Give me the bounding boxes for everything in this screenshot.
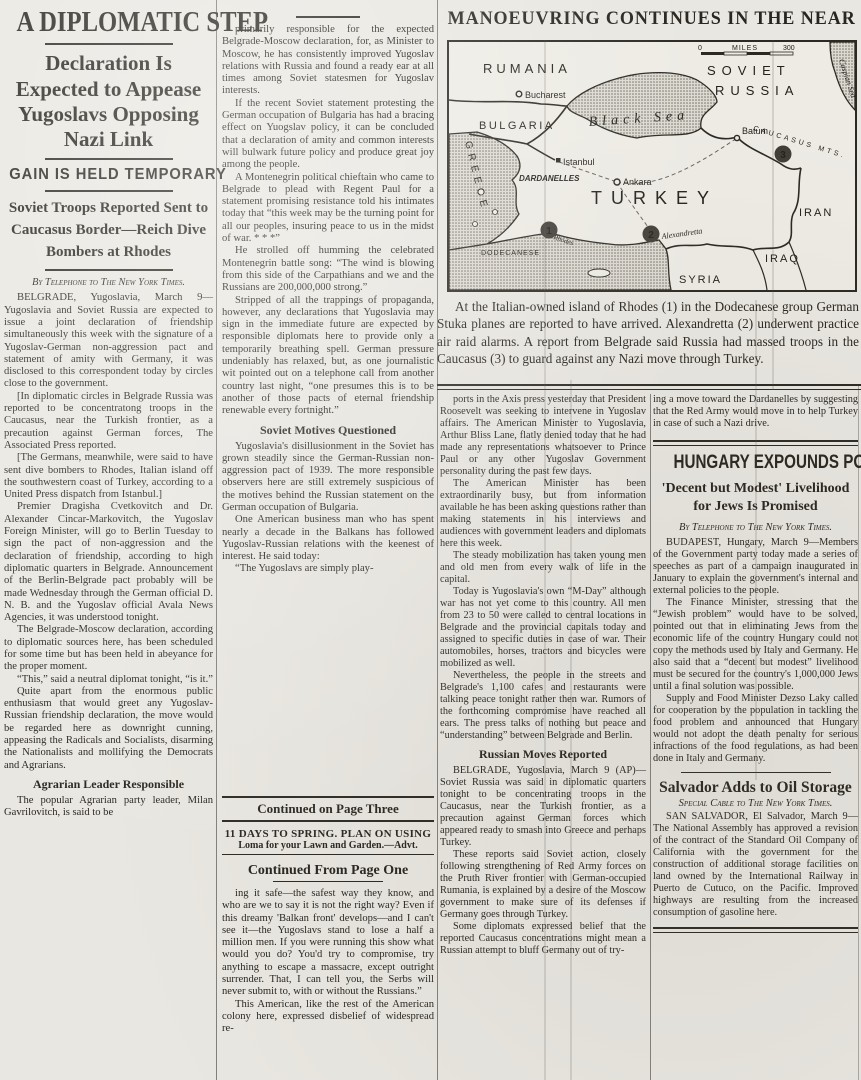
body-paragraph: ing it safe—the safest way they know, an… [222, 888, 434, 999]
lead-article-column-1: A DIPLOMATIC STEP Declaration Is Expecte… [4, 6, 213, 820]
body-paragraph: This American, like the rest of the Amer… [222, 999, 434, 1036]
map-label-istanbul: Istanbul [563, 157, 595, 167]
body-paragraph: ports in the Axis press yesterday that P… [440, 394, 646, 478]
body-paragraph: “This,” said a neutral diplomat tonight,… [4, 674, 213, 686]
advert-line-1: 11 DAYS TO SPRING. PLAN ON USING [222, 828, 434, 840]
byline: Special Cable to The New York Times. [653, 798, 858, 809]
map-caption: At the Italian-owned island of Rhodes (1… [437, 298, 859, 368]
map-scale-miles: MILES [732, 45, 758, 52]
body-paragraph: He strolled off humming the celebrated M… [222, 245, 434, 294]
map-aegean-island [493, 210, 498, 215]
newspaper-page: A DIPLOMATIC STEP Declaration Is Expecte… [0, 0, 861, 1080]
advert-block: 11 DAYS TO SPRING. PLAN ON USING Loma fo… [222, 824, 434, 855]
map-scale-300: 300 [783, 45, 795, 52]
scan-fold-line [772, 40, 774, 390]
svg-text:2: 2 [648, 230, 654, 241]
body-paragraph: The American Minister has been extraordi… [440, 478, 646, 550]
ornament-rule [45, 190, 173, 192]
istanbul-marker [556, 158, 561, 163]
body-paragraph: Premier Dragisha Cvetkovitch and Dr. Ale… [4, 501, 213, 624]
batum-marker [734, 135, 739, 140]
section-divider-rule [653, 927, 858, 933]
continued-from-line: Continued From Page One [222, 863, 434, 879]
body-paragraph: SAN SALVADOR, El Salvador, March 9—The N… [653, 811, 858, 919]
ornament-rule [45, 43, 173, 45]
bucharest-marker [516, 91, 522, 97]
map-label-soviet: SOVIET [707, 63, 791, 78]
byline: By Telephone to The New York Times. [4, 277, 213, 288]
column-rule-1 [216, 0, 217, 1080]
advert-line-2: Loma for your Lawn and Garden.—Advt. [222, 840, 434, 851]
column-rule-2 [437, 0, 438, 1080]
lead-article-column-2: primarily responsible for the expected B… [222, 10, 434, 576]
ornament-rule [273, 881, 383, 882]
svg-text:1: 1 [546, 226, 552, 237]
body-paragraph: If the recent Soviet statement protestin… [222, 98, 434, 172]
body-paragraph: BELGRADE, Yugoslavia, March 9—Yugoslavia… [4, 292, 213, 390]
scan-fold-line [570, 380, 572, 1080]
section-subhead: Soviet Motives Questioned [222, 423, 434, 438]
section-subhead: Agrarian Leader Responsible [4, 777, 213, 792]
body-paragraph: These reports said Soviet action, closel… [440, 849, 646, 921]
body-paragraph: The steady mobilization has taken young … [440, 550, 646, 586]
body-paragraph: Some diplomats expressed belief that the… [440, 921, 646, 957]
ornament-rule [45, 158, 173, 160]
body-paragraph: “The Yugoslavs are simply play- [222, 563, 434, 575]
body-paragraph: Nevertheless, the people in the streets … [440, 670, 646, 742]
body-paragraph: Stripped of all the trappings of propaga… [222, 295, 434, 418]
body-paragraph: Today is Yugoslavia's own “M-Day” althou… [440, 586, 646, 670]
map-cyprus-island [588, 269, 610, 277]
kicker-headline: GAIN IS HELD TEMPORARY [9, 166, 208, 184]
continuation-column-3: ports in the Axis press yesterday that P… [440, 394, 646, 957]
map-aegean-island [473, 222, 478, 227]
scan-fold-line [755, 300, 757, 780]
body-paragraph: Quite apart from the enormous public ent… [4, 686, 213, 772]
section-subhead: Russian Moves Reported [440, 747, 646, 762]
map-marker-3: 3 [775, 146, 792, 163]
body-paragraph: BELGRADE, Yugoslavia, March 9 (AP)—Sovie… [440, 765, 646, 849]
map-scale-zero: 0 [698, 45, 702, 52]
salvador-headline: Salvador Adds to Oil Storage [653, 779, 858, 797]
map-label-iran: IRAN [799, 207, 833, 219]
map-illustration: 0 MILES 300 RUMANIA Bucharest BULGARIA G… [449, 42, 855, 290]
body-paragraph: [The Germans, meanwhile, were said to ha… [4, 452, 213, 501]
ornament-rule [45, 269, 173, 271]
map-label-dodecanese: DODECANESE [481, 250, 540, 257]
map-label-dardanelles: DARDANELLES [519, 174, 580, 183]
continued-to-line: Continued on Page Three [222, 796, 434, 822]
body-paragraph: [In diplomatic circles in Belgrade Russi… [4, 391, 213, 452]
deck-headline: Declaration Is Expected to Appease Yugos… [4, 51, 213, 152]
lead-article-column-2-continued: Continued on Page Three 11 DAYS TO SPRIN… [222, 790, 434, 1036]
map-marker-2: 2 [643, 226, 660, 243]
map-label-turkey: TURKEY [591, 188, 718, 208]
map-label-rumania: RUMANIA [483, 61, 571, 76]
map-label-ankara: Ankara [623, 177, 652, 187]
body-paragraph: primarily responsible for the expected B… [222, 24, 434, 98]
section-divider-rule [437, 384, 861, 390]
body-paragraph: One American business man who has spent … [222, 514, 434, 563]
page-edge-rule [858, 384, 859, 1080]
body-paragraph: Yugoslavia's disillusionment in the Sovi… [222, 441, 434, 515]
column-rule-3 [650, 394, 651, 1080]
body-paragraph: The popular Agrarian party leader, Milan… [4, 795, 213, 820]
map-label-russia: RUSSIA [715, 83, 799, 98]
map-label-syria: SYRIA [679, 274, 722, 286]
scan-fold-line [544, 40, 546, 1080]
map-headline: MANOEUVRING CONTINUES IN THE NEAR EAST [448, 8, 851, 30]
main-headline: A DIPLOMATIC STEP [17, 8, 201, 37]
map-label-batum: Batum [742, 126, 768, 136]
ornament-rule [296, 16, 360, 18]
body-paragraph: The Belgrade-Moscow declaration, accordi… [4, 624, 213, 673]
near-east-map: 0 MILES 300 RUMANIA Bucharest BULGARIA G… [447, 40, 857, 292]
body-paragraph: A Montenegrin political chieftain who ca… [222, 172, 434, 246]
secondary-deck-headline: Soviet Troops Reported Sent to Caucasus … [4, 198, 213, 263]
map-label-iraq: IRAQ [765, 253, 800, 265]
svg-text:3: 3 [780, 150, 786, 161]
ankara-marker [614, 179, 620, 185]
